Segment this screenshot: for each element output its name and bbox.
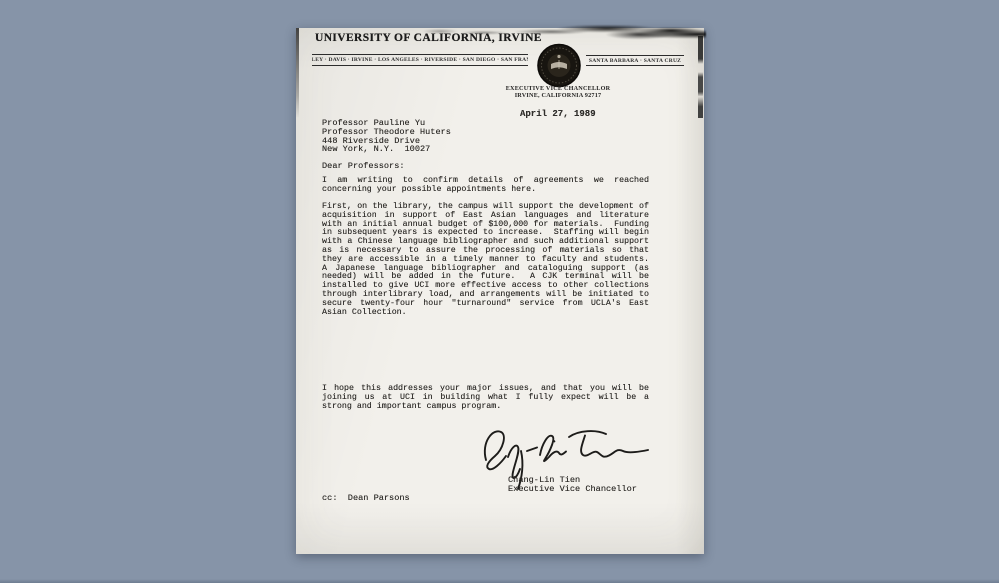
signature-typed-block: Chang-Lin Tien Executive Vice Chancellor (508, 476, 637, 494)
office-title: EXECUTIVE VICE CHANCELLOR (492, 85, 624, 92)
page-edge-shadow-left (296, 28, 299, 118)
letter-body: I am writing to confirm details of agree… (322, 177, 649, 412)
recipient-address-line: New York, N.Y. 10027 (322, 145, 451, 154)
letter-paragraph: I hope this addresses your major issues,… (322, 385, 649, 411)
letterhead-university-title: UNIVERSITY OF CALIFORNIA, IRVINE (315, 32, 542, 44)
letter-paragraph: I am writing to confirm details of agree… (322, 177, 649, 195)
letter-paragraph: First, on the library, the campus will s… (322, 203, 649, 317)
letter-page: UNIVERSITY OF CALIFORNIA, IRVINE BERKELE… (296, 28, 704, 554)
salutation: Dear Professors: (322, 161, 405, 171)
office-address-block: EXECUTIVE VICE CHANCELLOR IRVINE, CALIFO… (492, 85, 624, 100)
signatory-title: Executive Vice Chancellor (508, 485, 637, 494)
scanned-letter-background: UNIVERSITY OF CALIFORNIA, IRVINE BERKELE… (0, 0, 999, 583)
photocopy-smudge-right-edge (698, 36, 703, 118)
university-seal-icon (537, 43, 581, 88)
recipient-address-block: Professor Pauline YuProfessor Theodore H… (322, 119, 451, 154)
cc-line: cc: Dean Parsons (322, 493, 410, 503)
office-city-zip: IRVINE, CALIFORNIA 92717 (492, 92, 624, 99)
letter-date: April 27, 1989 (520, 109, 596, 119)
letterhead-campus-list-right: SANTA BARBARA · SANTA CRUZ (586, 55, 684, 66)
letterhead-campus-list-left: BERKELEY · DAVIS · IRVINE · LOS ANGELES … (312, 54, 528, 66)
